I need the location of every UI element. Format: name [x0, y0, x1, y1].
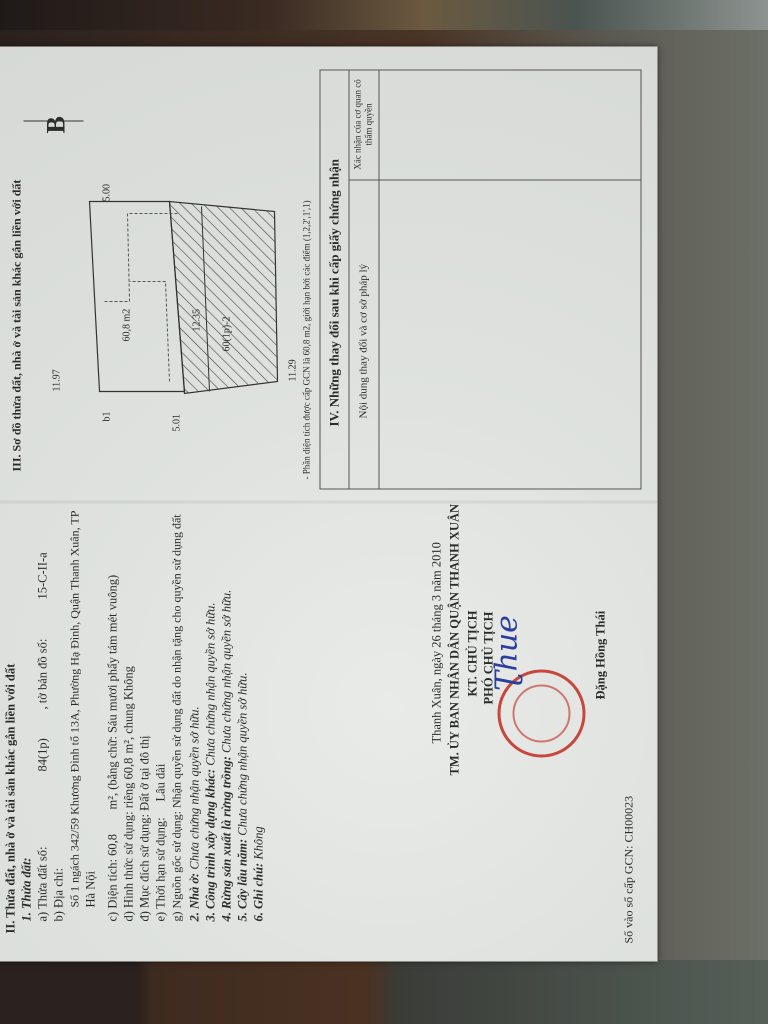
- house-value: Chưa chứng nhận quyền sở hữu.: [188, 706, 202, 869]
- house-label: 2. Nhà ở:: [188, 873, 202, 922]
- map-sheet-number: 15-C-II-a: [36, 552, 51, 599]
- perennial-label: 5. Cây lâu năm:: [236, 839, 250, 922]
- note-label: 6. Ghi chú:: [252, 863, 266, 922]
- parcel-label: a) Thửa đất số:: [36, 847, 51, 922]
- signer-role1: KT. CHỦ TỊCH: [466, 610, 481, 696]
- area-words: m², (bằng chữ: Sáu mươi phẩy tám mét vuô…: [106, 575, 121, 810]
- usage-shared: m², chung Không: [122, 666, 137, 753]
- map-sheet-label: , tờ bản đồ số:: [36, 639, 51, 710]
- left-page: II. Thửa đất, nhà ở và tài sản khác gắn …: [0, 502, 658, 962]
- changes-title: IV. Những thay đổi sau khi cấp giấy chứn…: [327, 159, 342, 427]
- certificate-page: II. Thửa đất, nhà ở và tài sản khác gắn …: [0, 47, 658, 962]
- plot-dim-top: 11.97: [50, 369, 65, 391]
- parcel-number: 84(1p): [36, 738, 51, 771]
- background-top: [0, 0, 768, 30]
- origin: g) Nguồn gốc sử dụng: Nhận quyền sử dụng…: [170, 514, 185, 921]
- authority: TM. ỦY BAN NHÂN DÂN QUẬN THANH XUÂN: [448, 504, 463, 776]
- plot-hatched-label: 60(1p)-2: [220, 317, 235, 352]
- term-label: e) Thời hạn sử dụng:: [154, 817, 169, 921]
- changes-table-divider: [349, 180, 641, 181]
- plot-diagram: [60, 182, 290, 412]
- term-value: Lâu dài: [154, 764, 169, 802]
- north-arrow-icon: [24, 121, 84, 122]
- forest-label: 4. Rừng sản xuất là rừng trồng:: [220, 756, 234, 921]
- signer-name: Đặng Hồng Thái: [594, 611, 609, 700]
- plot-area-label: 60,8 m2: [120, 309, 135, 342]
- changes-table: IV. Những thay đổi sau khi cấp giấy chứn…: [320, 70, 642, 490]
- plot-inner-label: b1: [100, 412, 115, 422]
- address-line2: Hà Nội: [84, 871, 99, 907]
- date-line: Thanh Xuân, ngày 26 tháng 3 năm 2010: [430, 542, 445, 743]
- address-line1: Số 1 ngách 342/59 Khương Đình tổ 13A, Ph…: [68, 511, 83, 908]
- changes-table-title-row: IV. Những thay đổi sau khi cấp giấy chứn…: [321, 71, 350, 489]
- changes-col2-header: Xác nhận của cơ quan có thẩm quyền: [353, 75, 375, 175]
- forest-value: Chưa chứng nhận quyền sở hữu.: [220, 590, 234, 753]
- usage-purpose: đ) Mục đích sử dụng: Đất ở tại đô thị: [138, 736, 153, 922]
- usage-form: d) Hình thức sử dụng: riêng 60,8: [122, 758, 137, 922]
- area-label: c) Diện tích: 60,8: [106, 834, 121, 921]
- plot-dim-right: 5.00: [100, 184, 115, 202]
- plot-dim-left: 5.01: [170, 414, 185, 432]
- construction-label: 3. Công trình xây dựng khác:: [204, 769, 218, 922]
- address-label: b) Địa chỉ:: [52, 868, 67, 921]
- signature: Ʈhue: [490, 615, 525, 691]
- section-ii-title: II. Thửa đất, nhà ở và tài sản khác gắn …: [4, 664, 19, 934]
- background-table-surface: [0, 960, 768, 1024]
- section-iii-title: III. Sơ đồ thửa đất, nhà ở và tài sản kh…: [10, 180, 25, 472]
- right-page: III. Sơ đồ thửa đất, nhà ở và tài sản kh…: [0, 47, 658, 502]
- perennial-value: Chưa chứng nhận quyền sở hữu.: [236, 672, 250, 835]
- item1-title: 1. Thửa đất:: [20, 857, 35, 921]
- plot-dim-inner: 12.35: [190, 309, 205, 332]
- plot-note: - Phần diện tích được cấp GCN là 60,8 m2…: [300, 200, 315, 479]
- north-marker: B: [44, 116, 70, 133]
- plot-dim-bottom: 11.29: [286, 359, 301, 381]
- registry-number: Số vào sổ cấp GCN: CH00023: [622, 796, 637, 944]
- construction-value: Chưa chứng nhận quyền sở hữu.: [204, 602, 218, 765]
- changes-col1-header: Nội dung thay đổi và cơ sở pháp lý: [357, 264, 372, 419]
- note-value: Không: [252, 826, 266, 859]
